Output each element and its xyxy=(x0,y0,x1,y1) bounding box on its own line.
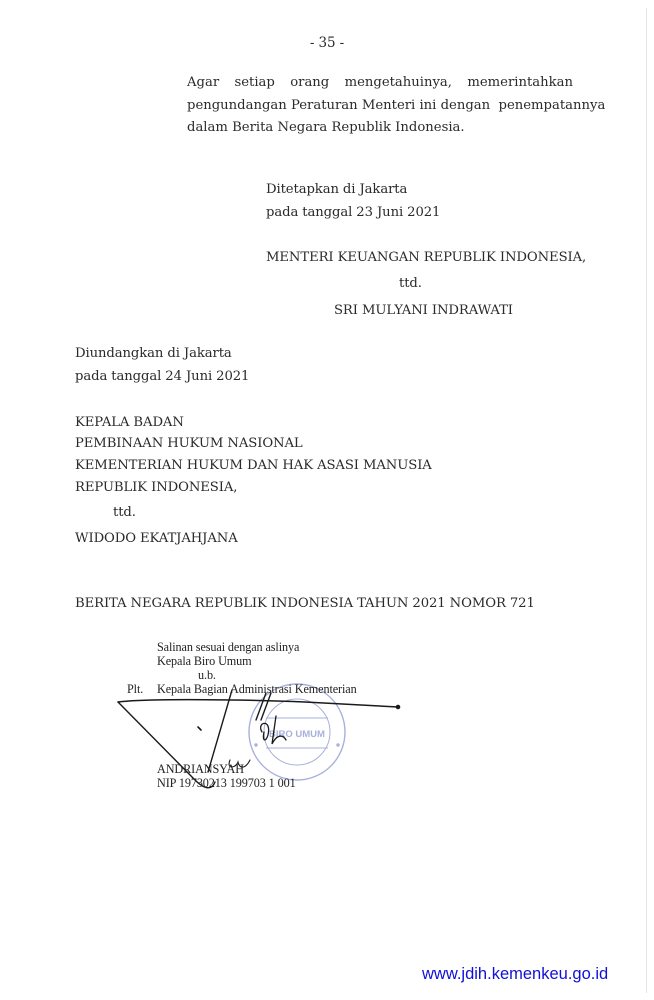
certified-copy-nip: NIP 19730213 199703 1 001 xyxy=(157,776,296,790)
promulgation-signatory-name: WIDODO EKATJAHJANA xyxy=(75,531,238,547)
certified-copy-line-4: Kepala Bagian Administrasi Kementerian xyxy=(157,682,357,696)
promulgation-place: Diundangkan di Jakarta xyxy=(75,346,232,362)
certified-copy-line-3: u.b. xyxy=(198,668,216,682)
paragraph-line-3: dalam Berita Negara Republik Indonesia. xyxy=(187,117,573,140)
gazette-reference: BERITA NEGARA REPUBLIK INDONESIA TAHUN 2… xyxy=(75,596,535,612)
footer-url-link[interactable]: www.jdih.kemenkeu.go.id xyxy=(422,965,608,984)
certified-copy-line-2: Kepala Biro Umum xyxy=(157,654,252,668)
word: orang xyxy=(290,72,329,95)
official-stamp: BIRO UMUM xyxy=(249,684,345,780)
page-edge xyxy=(646,8,647,993)
page-number: - 35 - xyxy=(0,35,654,51)
promulgation-date: pada tanggal 24 Juni 2021 xyxy=(75,369,249,385)
paragraph-line-1: Agar setiap orang mengetahuinya, memerin… xyxy=(187,72,573,95)
word: setiap xyxy=(234,72,274,95)
promulgation-signed: ttd. xyxy=(113,505,136,521)
closing-paragraph: Agar setiap orang mengetahuinya, memerin… xyxy=(187,72,573,140)
word: mengetahuinya, xyxy=(345,72,452,95)
paragraph-line-2: pengundangan Peraturan Menteri ini denga… xyxy=(187,95,573,118)
promulgation-office-line: KEPALA BADAN xyxy=(75,415,184,431)
enactment-place: Ditetapkan di Jakarta xyxy=(266,182,407,198)
enactment-date: pada tanggal 23 Juni 2021 xyxy=(266,205,440,221)
enactment-signatory-name: SRI MULYANI INDRAWATI xyxy=(334,303,513,319)
enactment-signed: ttd. xyxy=(399,276,422,292)
promulgation-office-line: REPUBLIK INDONESIA, xyxy=(75,480,237,496)
word: Agar xyxy=(187,72,219,95)
certified-copy-line-1: Salinan sesuai dengan aslinya xyxy=(157,640,299,654)
stamp-label: BIRO UMUM xyxy=(269,729,325,740)
promulgation-office-line: PEMBINAAN HUKUM NASIONAL xyxy=(75,436,303,452)
certified-copy-name: ANDRIANSYAH xyxy=(157,762,244,776)
word: memerintahkan xyxy=(467,72,573,95)
promulgation-office-line: KEMENTERIAN HUKUM DAN HAK ASASI MANUSIA xyxy=(75,458,432,474)
certified-copy-prefix: Plt. xyxy=(127,682,143,696)
stamp-and-signature: BIRO UMUM xyxy=(0,0,654,1000)
enactment-office: MENTERI KEUANGAN REPUBLIK INDONESIA, xyxy=(266,250,586,266)
